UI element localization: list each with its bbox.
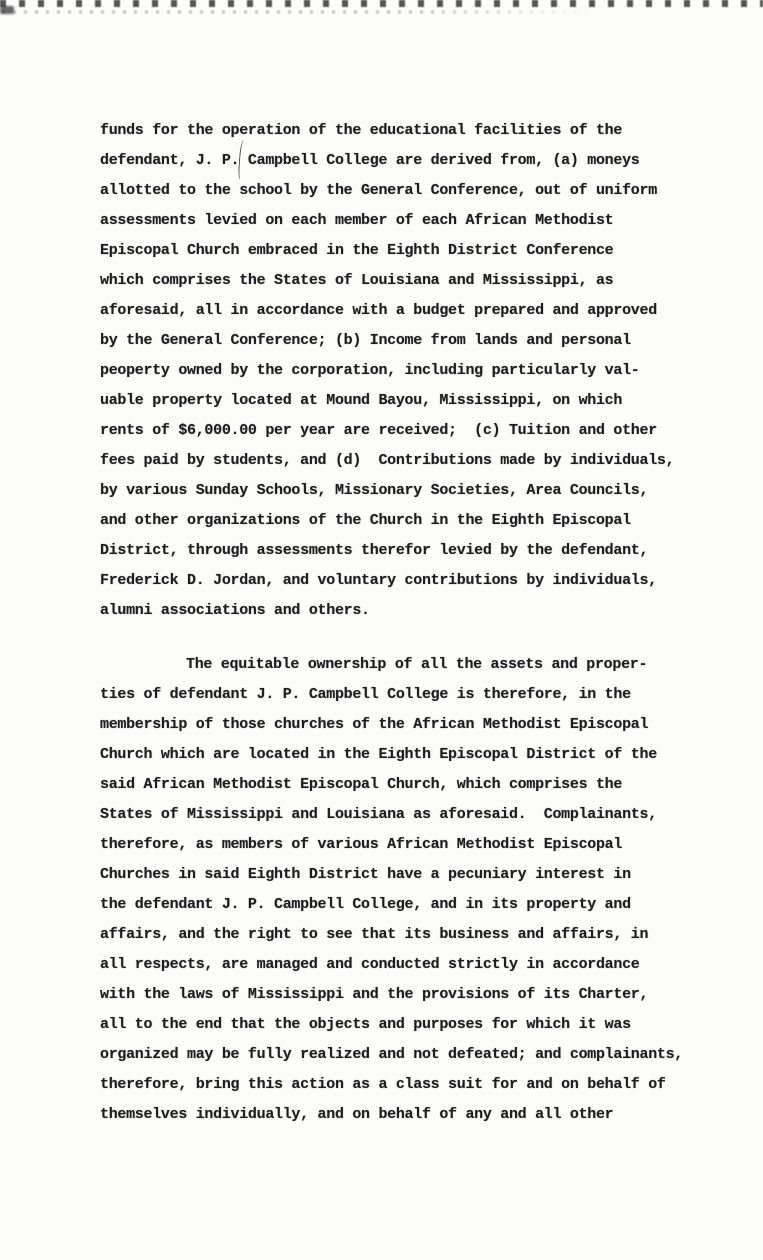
- text-line: all respects, are managed and conducted …: [100, 950, 700, 980]
- scan-smudge-line: [2, 10, 602, 14]
- text-line: all to the end that the objects and purp…: [100, 1010, 700, 1040]
- text-line: membership of those churches of the Afri…: [100, 710, 700, 740]
- text-line: organized may be fully realized and not …: [100, 1040, 700, 1070]
- text-line: with the laws of Mississippi and the pro…: [100, 980, 700, 1010]
- text-line: allotted to the school by the General Co…: [100, 176, 700, 206]
- text-line: Church which are located in the Eighth E…: [100, 740, 700, 770]
- text-line: and other organizations of the Church in…: [100, 506, 700, 536]
- film-edge-artifact: [0, 0, 763, 7]
- text-line: by the General Conference; (b) Income fr…: [100, 326, 700, 356]
- text-line: by various Sunday Schools, Missionary So…: [100, 476, 700, 506]
- text-line: fees paid by students, and (d) Contribut…: [100, 446, 700, 476]
- text-line: District, through assessments therefor l…: [100, 536, 700, 566]
- text-line: which comprises the States of Louisiana …: [100, 266, 700, 296]
- text-line: Frederick D. Jordan, and voluntary contr…: [100, 566, 700, 596]
- text-line: the defendant J. P. Campbell College, an…: [100, 890, 700, 920]
- text-line: rents of $6,000.00 per year are received…: [100, 416, 700, 446]
- text-line: themselves individually, and on behalf o…: [100, 1100, 700, 1130]
- text-line: Churches in said Eighth District have a …: [100, 860, 700, 890]
- paragraph-equitable-ownership: The equitable ownership of all the asset…: [100, 650, 700, 1130]
- text-line: The equitable ownership of all the asset…: [100, 650, 700, 680]
- text-line: ties of defendant J. P. Campbell College…: [100, 680, 700, 710]
- text-line: assessments levied on each member of eac…: [100, 206, 700, 236]
- text-line: aforesaid, all in accordance with a budg…: [100, 296, 700, 326]
- text-line: peoperty owned by the corporation, inclu…: [100, 356, 700, 386]
- text-line: Episcopal Church embraced in the Eighth …: [100, 236, 700, 266]
- text-line: said African Methodist Episcopal Church,…: [100, 770, 700, 800]
- paragraph-funding-sources: funds for the operation of the education…: [100, 116, 700, 626]
- document-text: funds for the operation of the education…: [100, 116, 700, 1130]
- text-line: alumni associations and others.: [100, 596, 700, 626]
- scan-corner-smudge: [0, 6, 14, 14]
- text-line: affairs, and the right to see that its b…: [100, 920, 700, 950]
- text-line: funds for the operation of the education…: [100, 116, 700, 146]
- text-line: defendant, J. P. Campbell College are de…: [100, 146, 700, 176]
- text-line: States of Mississippi and Louisiana as a…: [100, 800, 700, 830]
- text-line: uable property located at Mound Bayou, M…: [100, 386, 700, 416]
- text-line: therefore, as members of various African…: [100, 830, 700, 860]
- scanned-document-page: { "page": { "background_color": "#fcfcfb…: [0, 0, 763, 1260]
- text-line: therefore, bring this action as a class …: [100, 1070, 700, 1100]
